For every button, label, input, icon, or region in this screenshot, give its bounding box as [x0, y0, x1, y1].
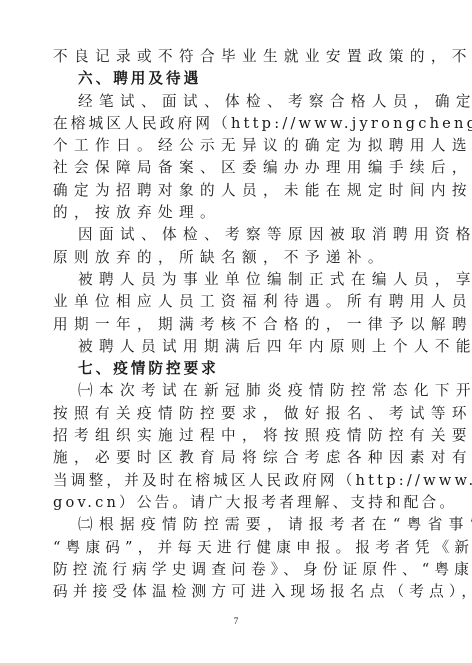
text-line: 原则放弃的，所缺名额，不予递补。: [53, 247, 415, 269]
page-number: 7: [0, 616, 472, 626]
text-line-with-url: 当调整，并及时在榕城区人民政府网（http://www.jyrongcheng.: [53, 470, 415, 492]
text-line: 的，按放弃处理。: [53, 202, 415, 224]
text-line-with-url: 在榕城区人民政府网（http://www.jyrongcheng.gov.cn）…: [53, 113, 415, 135]
text-line: 个工作日。经公示无异议的确定为拟聘用人选，报区人力资源和: [53, 135, 415, 157]
text-line: 被聘人员为事业单位编制正式在编人员，享受榕城区现行事: [53, 269, 415, 291]
document-body: 不良记录或不符合毕业生就业安置政策的，不予聘用。 六、聘用及待遇 经笔试、面试、…: [53, 46, 415, 603]
text-line: 业单位相应人员工资福利待遇。所有聘用人员实行试用期制，试: [53, 291, 415, 313]
section-heading-6: 六、聘用及待遇: [53, 68, 415, 90]
text-line: 确定为招聘对象的人员，未能在规定时间内按要求办理聘用手续: [53, 180, 415, 202]
text-line: 招考组织实施过程中，将按照疫情防控有关要求，落实防疫措: [53, 425, 415, 447]
text-line: “粤康码”，并每天进行健康申报。报考者凭《新型冠状病毒感染: [53, 537, 415, 559]
text-line: 不良记录或不符合毕业生就业安置政策的，不予聘用。: [53, 46, 415, 68]
text-line: 防控流行病学史调查问卷》、身份证原件、“粤康码”绿码、行程: [53, 559, 415, 581]
text-line: 按照有关疫情防控要求，做好报名、考试等环节的防控工作。在: [53, 403, 415, 425]
text-line: 社会保障局备案、区委编办办理用编手续后，办理聘用手续。被: [53, 157, 415, 179]
text-line: 经笔试、面试、体检、考察合格人员，确定为拟聘用对象，: [53, 91, 415, 113]
document-page: 不良记录或不符合毕业生就业安置政策的，不予聘用。 六、聘用及待遇 经笔试、面试、…: [0, 0, 472, 663]
text-line: 码并接受体温检测方可进入现场报名点（考点），且全程佩戴一次: [53, 581, 415, 603]
text-line: 因面试、体检、考察等原因被取消聘用资格，或不服从聘用: [53, 224, 415, 246]
text-line: 被聘人员试用期满后四年内原则上个人不能要求工作调动。: [53, 336, 415, 358]
text-line-with-url: gov.cn）公告。请广大报考者理解、支持和配合。: [53, 492, 415, 514]
text-line: 施，必要时区教育局将综合考虑各种因素对有关工作安排进行适: [53, 447, 415, 469]
text-line: 用期一年，期满考核不合格的，一律予以解聘。: [53, 314, 415, 336]
text-line: ㈠本次考试在新冠肺炎疫情防控常态化下开展，报考者应当: [53, 380, 415, 402]
section-heading-7: 七、疫情防控要求: [53, 358, 415, 380]
text-line: ㈡根据疫情防控需要，请报考者在“粤省事”小程序中申领: [53, 514, 415, 536]
